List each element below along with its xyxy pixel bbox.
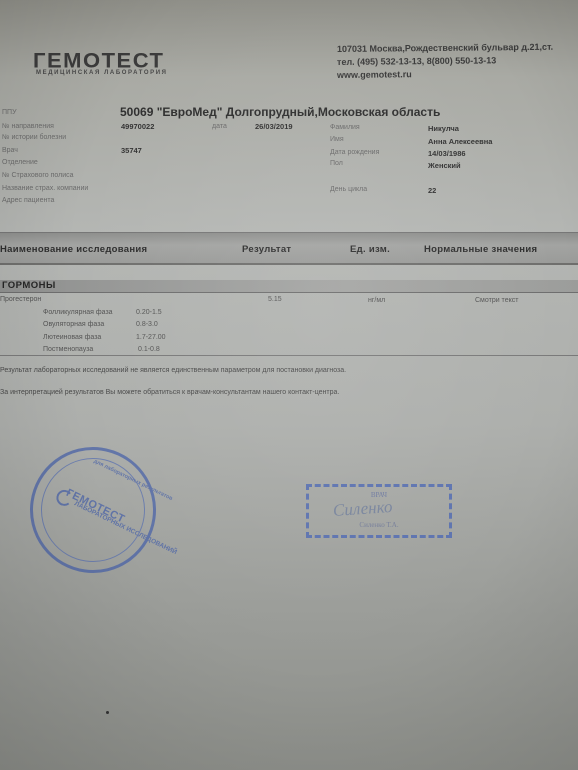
reference-range: 0.1-0.8: [138, 346, 160, 353]
patient-address-label: Адрес пациента: [2, 197, 54, 204]
referral-label: № направления: [2, 123, 54, 130]
insurance-label: № Страхового полиса: [2, 172, 74, 179]
insurer-label: Название страх. компании: [2, 185, 88, 192]
surname-value: Никулча: [428, 124, 459, 133]
test-name: Прогестерон: [0, 296, 41, 303]
test-result: 5.15: [268, 296, 282, 303]
cycle-day-value: 22: [428, 186, 436, 195]
ppu-value: 50069 "ЕвроМед" Долгопрудный,Московская …: [120, 105, 440, 119]
sex-value: Женский: [428, 161, 461, 170]
lab-logo-subtitle: МЕДИЦИНСКАЯ ЛАБОРАТОРИЯ: [36, 70, 168, 76]
reference-phase: Овуляторная фаза: [43, 321, 104, 328]
surname-label: Фамилия: [330, 124, 360, 131]
note-consultation: За интерпретацией результатов Вы можете …: [0, 389, 339, 396]
column-header-result: Результат: [242, 244, 291, 255]
doctor-label: Врач: [2, 147, 18, 154]
note-diagnosis: Результат лабораторных исследований не я…: [0, 367, 346, 374]
test-normal-values: Смотри текст: [475, 297, 518, 304]
column-header-test-name: Наименование исследования: [0, 244, 147, 255]
round-stamp: для лабораторных результатов ГЕМОТЕСТ ЛА…: [22, 439, 164, 581]
name-label: Имя: [330, 136, 344, 143]
doctor-signature: Силенко: [332, 497, 393, 521]
ppu-label: ППУ: [2, 109, 17, 116]
section-bar: [0, 280, 578, 293]
divider: [0, 355, 578, 356]
doctor-stamp: ВРАЧ Силенко Силенко Т.А.: [306, 484, 452, 538]
column-header-unit: Ед. изм.: [350, 244, 390, 255]
lab-phone: тел. (495) 532-13-13, 8(800) 550-13-13: [337, 55, 496, 67]
department-label: Отделение: [2, 159, 38, 166]
dob-label: Дата рождения: [330, 149, 379, 156]
reference-range: 0.20-1.5: [136, 309, 162, 316]
history-label: № истории болезни: [2, 134, 66, 141]
doctor-stamp-name: Силенко Т.А.: [309, 521, 449, 529]
cycle-day-label: День цикла: [330, 186, 367, 193]
name-value: Анна Алексеевна: [428, 137, 492, 146]
date-label: дата: [212, 123, 227, 130]
dob-value: 14/03/1986: [428, 149, 466, 158]
reference-phase: Фолликулярная фаза: [43, 309, 113, 316]
lab-website: www.gemotest.ru: [337, 69, 412, 80]
reference-phase: Постменопауза: [43, 346, 93, 353]
referral-value: 49970022: [121, 122, 154, 131]
reference-phase: Лютеиновая фаза: [43, 334, 101, 341]
test-unit: нг/мл: [368, 297, 385, 304]
lab-address: 107031 Москва,Рождественский бульвар д.2…: [337, 42, 553, 54]
section-title-hormones: ГОРМОНЫ: [2, 280, 56, 291]
sex-label: Пол: [330, 160, 343, 167]
paper-speck: [106, 711, 109, 714]
date-value: 26/03/2019: [255, 122, 293, 131]
column-header-normal-values: Нормальные значения: [424, 244, 537, 255]
reference-range: 0.8-3.0: [136, 321, 158, 328]
doctor-value: 35747: [121, 146, 142, 155]
reference-range: 1.7-27.00: [136, 334, 166, 341]
